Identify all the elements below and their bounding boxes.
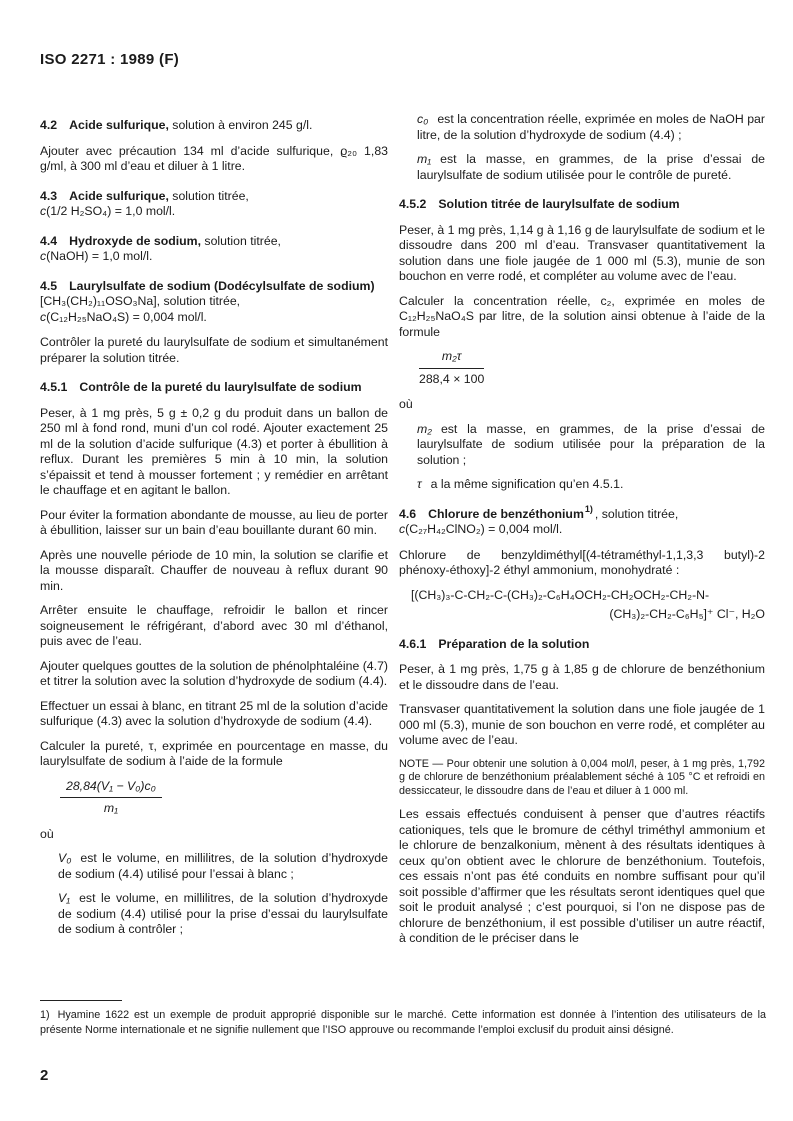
section-heading-line: 4.4Hydroxyde de sodium, solution titrée, — [40, 234, 388, 250]
page-number: 2 — [40, 1068, 48, 1084]
section-heading-4-2: 4.2Acide sulfurique, solution à environ … — [40, 118, 388, 134]
doc-reference: ISO 2271 : 1989 (F) — [40, 52, 179, 68]
document-page: ISO 2271 : 1989 (F) 4.2Acide sulfurique,… — [0, 0, 793, 1121]
footnote-marker: 1) — [40, 1009, 50, 1021]
formula-denominator: 288,4 × 100 — [419, 369, 484, 388]
paragraph-peser: Peser, à 1 mg près, 5 g ± 0,2 g du produ… — [40, 406, 388, 499]
section-heading-line: 4.5.2Solution titrée de laurylsulfate de… — [399, 197, 765, 213]
definition-text: est la masse, en grammes, de la prise d’… — [417, 422, 765, 467]
section-number: 4.5.1 — [40, 380, 67, 394]
paragraph-acide: Ajouter avec précaution 134 ml d’acide s… — [40, 144, 388, 175]
concentration-line: c(1/2 H₂SO₄) = 1,0 mol/l. — [40, 204, 388, 220]
paragraph-arreter: Arrêter ensuite le chauffage, refroidir … — [40, 603, 388, 650]
footnote-area: 1)Hyamine 1622 est un exemple de produit… — [40, 1000, 766, 1037]
formula-purity: 28,84(V₁ − V₀)c₀ m₁ — [60, 779, 388, 817]
right-column: c₀est la concentration réelle, exprimée … — [399, 112, 765, 956]
paragraph-gouttes: Ajouter quelques gouttes de la solution … — [40, 659, 388, 690]
fraction: 28,84(V₁ − V₀)c₀ m₁ — [60, 779, 162, 817]
fraction: m₂τ 288,4 × 100 — [419, 349, 484, 387]
paragraph-calculer-purete: Calculer la pureté, τ, exprimée en pourc… — [40, 739, 388, 770]
definition-text: est la masse, en grammes, de la prise d’… — [417, 152, 765, 182]
footnote-text: Hyamine 1622 est un exemple de produit a… — [40, 1009, 766, 1036]
paragraph-blanc: Effectuer un essai à blanc, en titrant 2… — [40, 699, 388, 730]
chemical-formula-line-2: (CH₃)₂-CH₂-C₆H₅]⁺ Cl⁻, H₂O — [399, 603, 765, 623]
variable-symbol: m₂ — [417, 422, 432, 436]
section-number: 4.2 — [40, 118, 57, 132]
definition-text: est le volume, en millilitres, de la sol… — [58, 851, 388, 881]
variable-symbol: c₀ — [417, 112, 428, 126]
paragraph-calculer-concentration: Calculer la concentration réelle, c₂, ex… — [399, 294, 765, 341]
section-number: 4.5.2 — [399, 197, 426, 211]
section-title: Solution titrée de laurylsulfate de sodi… — [438, 197, 679, 211]
definition-item-tau: τa la même signification qu’en 4.5.1. — [417, 477, 765, 493]
definition-item-m1: m₁est la masse, en grammes, de la prise … — [417, 152, 765, 183]
concentration-line: c(C₁₂H₂₅NaO₄S) = 0,004 mol/l. — [40, 310, 388, 326]
quantity-value: (C₂₇H₄₂ClNO₂) = 0,004 mol/l. — [405, 522, 562, 536]
formula-numerator: 28,84(V₁ − V₀)c₀ — [60, 779, 162, 799]
paragraph-peser-titree: Peser, à 1 mg près, 1,14 g à 1,16 g de l… — [399, 223, 765, 285]
definition-item-v1: V₁est le volume, en millilitres, de la s… — [58, 891, 388, 938]
section-number: 4.4 — [40, 234, 57, 248]
section-number: 4.6 — [399, 507, 416, 521]
paragraph-apres: Après une nouvelle période de 10 min, la… — [40, 548, 388, 595]
definition-item-c0: c₀est la concentration réelle, exprimée … — [417, 112, 765, 143]
definition-text: est la concentration réelle, exprimée en… — [417, 112, 765, 142]
section-title: Acide sulfurique, — [69, 189, 169, 203]
variable-symbol: m₁ — [417, 152, 431, 166]
section-title: Chlorure de benzéthonium — [428, 507, 584, 521]
section-heading-4-5-2: 4.5.2Solution titrée de laurylsulfate de… — [399, 197, 765, 213]
note: NOTE — Pour obtenir une solution à 0,004… — [399, 758, 765, 799]
footnote-rule — [40, 1000, 122, 1001]
section-heading-line: 4.6.1Préparation de la solution — [399, 637, 765, 653]
section-number: 4.5 — [40, 279, 57, 293]
section-title: Préparation de la solution — [438, 637, 589, 651]
quantity-value: (C₁₂H₂₅NaO₄S) = 0,004 mol/l. — [46, 310, 207, 324]
section-heading-4-6-1: 4.6.1Préparation de la solution — [399, 637, 765, 653]
section-heading-4-5-1: 4.5.1Contrôle de la pureté du laurylsulf… — [40, 380, 388, 396]
chemical-formula-line-1: [(CH₃)₃-C-CH₂-C-(CH₃)₂-C₆H₄OCH₂-CH₂OCH₂-… — [399, 588, 765, 604]
section-heading-line: 4.2Acide sulfurique, solution à environ … — [40, 118, 388, 134]
formula-numerator: m₂τ — [419, 349, 484, 369]
where-label: où — [399, 397, 765, 413]
definition-text: a la même signification qu’en 4.5.1. — [431, 477, 624, 491]
quantity-value: (1/2 H₂SO₄) = 1,0 mol/l. — [46, 204, 175, 218]
chemical-structure-formula: [(CH₃)₃-C-CH₂-C-(CH₃)₂-C₆H₄OCH₂-CH₂OCH₂-… — [399, 588, 765, 623]
section-number: 4.3 — [40, 189, 57, 203]
section-heading-line: 4.3Acide sulfurique, solution titrée, — [40, 189, 388, 205]
paragraph-chlorure: Chlorure de benzyldiméthyl[(4-tétraméthy… — [399, 548, 765, 579]
section-title-suffix: solution titrée, — [201, 234, 281, 248]
section-title-suffix: solution titrée, — [169, 189, 249, 203]
section-heading-line: 4.5.1Contrôle de la pureté du laurylsulf… — [40, 380, 388, 396]
section-heading-4-5: 4.5Laurylsulfate de sodium (Dodécylsulfa… — [40, 279, 388, 326]
formula-concentration: m₂τ 288,4 × 100 — [419, 349, 765, 387]
variable-symbol: V₁ — [58, 891, 70, 905]
variable-symbol: τ — [417, 477, 422, 491]
section-title-suffix: , solution titrée, — [595, 507, 678, 521]
section-number: 4.6.1 — [399, 637, 426, 651]
quantity-value: (NaOH) = 1,0 mol/l. — [46, 249, 152, 263]
section-title: Contrôle de la pureté du laurylsulfate d… — [79, 380, 361, 394]
section-title: Hydroxyde de sodium, — [69, 234, 201, 248]
section-heading-line: 4.5Laurylsulfate de sodium (Dodécylsulfa… — [40, 279, 388, 295]
section-heading-line: 4.6Chlorure de benzéthonium1), solution … — [399, 507, 765, 523]
section-title: Laurylsulfate de sodium (Dodécylsulfate … — [69, 279, 374, 293]
paragraph-controler: Contrôler la pureté du laurylsulfate de … — [40, 335, 388, 366]
formula-denominator: m₁ — [60, 798, 162, 817]
section-heading-4-6: 4.6Chlorure de benzéthonium1), solution … — [399, 507, 765, 538]
definition-item-v0: V₀est le volume, en millilitres, de la s… — [58, 851, 388, 882]
concentration-line: c(C₂₇H₄₂ClNO₂) = 0,004 mol/l. — [399, 522, 765, 538]
footnote: 1)Hyamine 1622 est un exemple de produit… — [40, 1008, 766, 1037]
variable-symbol: V₀ — [58, 851, 71, 865]
concentration-line: c(NaOH) = 1,0 mol/l. — [40, 249, 388, 265]
section-title: Acide sulfurique, — [69, 118, 169, 132]
definition-item-m2: m₂est la masse, en grammes, de la prise … — [417, 422, 765, 469]
section-title-suffix: solution à environ 245 g/l. — [169, 118, 313, 132]
chemical-name-line: [CH₃(CH₂)₁₁OSO₃Na], solution titrée, — [40, 294, 388, 310]
left-column: 4.2Acide sulfurique, solution à environ … — [40, 118, 388, 947]
where-label: où — [40, 827, 388, 843]
section-heading-4-3: 4.3Acide sulfurique, solution titrée, c(… — [40, 189, 388, 220]
paragraph-essais: Les essais effectués conduisent à penser… — [399, 807, 765, 947]
definition-text: est le volume, en millilitres, de la sol… — [58, 891, 388, 936]
paragraph-eviter: Pour éviter la formation abondante de mo… — [40, 508, 388, 539]
paragraph-peser-benzethonium: Peser, à 1 mg près, 1,75 g à 1,85 g de c… — [399, 662, 765, 693]
footnote-reference: 1) — [585, 504, 593, 514]
paragraph-transvaser: Transvaser quantitativement la solution … — [399, 702, 765, 749]
section-heading-4-4: 4.4Hydroxyde de sodium, solution titrée,… — [40, 234, 388, 265]
